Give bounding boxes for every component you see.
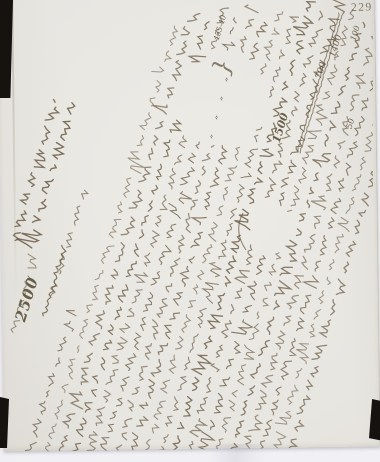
handwriting-line <box>116 5 258 453</box>
handwriting-line <box>260 20 380 451</box>
handwriting-line <box>231 22 365 452</box>
handwriting-line <box>87 8 229 451</box>
page-number-stamp: 229 <box>351 1 373 14</box>
handwriting-line <box>14 100 59 241</box>
handwriting-line <box>245 14 380 454</box>
handwriting-line <box>59 14 199 452</box>
scanned-document: 229 2500 1500 455-40 } 1400 100 700 50 „… <box>0 0 380 462</box>
handwriting-line <box>189 11 323 452</box>
handwriting-line <box>25 311 76 451</box>
handwriting-line <box>217 10 354 452</box>
handwriting-line <box>17 103 75 248</box>
handwriting-line <box>132 14 267 451</box>
handwriting-line <box>71 22 209 452</box>
handwriting-line <box>173 2 315 451</box>
handwriting-line <box>46 26 178 452</box>
